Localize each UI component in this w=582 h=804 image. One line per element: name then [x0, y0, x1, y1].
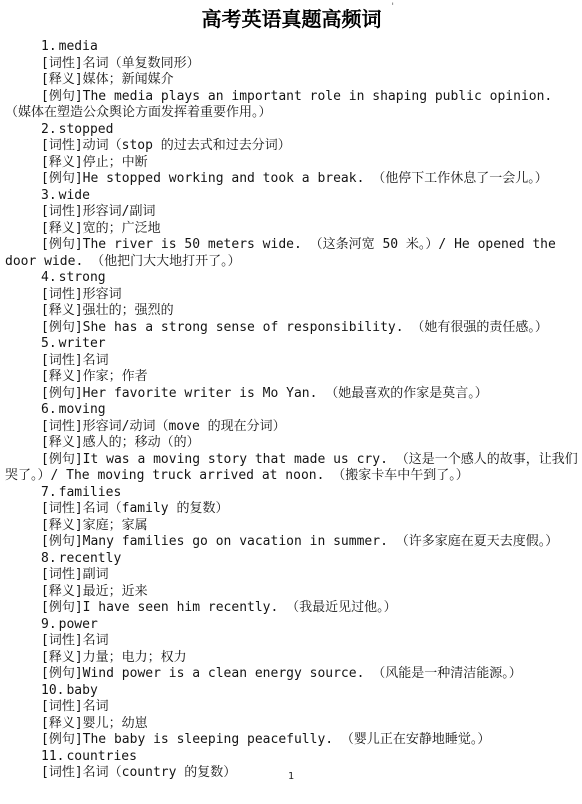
entry-pos-line: [词性]名词	[5, 699, 578, 716]
pos-value: 副词	[83, 567, 109, 582]
entry-pos-line: [词性]名词（family 的复数）	[5, 501, 578, 518]
entry-pos-line: [词性]动词（stop 的过去式和过去分词）	[5, 138, 578, 155]
meaning-value: 媒体；新闻媒介	[83, 72, 174, 87]
example-value: I have seen him recently. （我最近见过他。）	[83, 600, 397, 615]
example-value: Wind power is a clean energy source. （风能…	[83, 666, 522, 681]
pos-label: [词性]	[41, 138, 83, 153]
meaning-value: 最近；近来	[83, 584, 148, 599]
pos-value: 名词（单复数同形）	[83, 56, 200, 71]
entry-pos-line: [词性]名词	[5, 353, 578, 370]
pos-label: [词性]	[41, 56, 83, 71]
entry-number: 2.	[41, 122, 57, 137]
pos-label: [词性]	[41, 204, 83, 219]
entry-word: families	[57, 485, 122, 500]
word-entry-9: 9.power [词性]名词 [释义]力量；电力；权力 [例句]Wind pow…	[5, 617, 578, 683]
entry-pos-line: [词性]名词（单复数同形）	[5, 56, 578, 73]
entry-example-line: [例句]The river is 50 meters wide. （这条河宽 5…	[5, 237, 578, 270]
meaning-value: 强壮的；强烈的	[83, 303, 174, 318]
entry-pos-line: [词性]形容词/动词（move 的现在分词）	[5, 419, 578, 436]
entry-number: 3.	[41, 188, 57, 203]
meaning-value: 感人的；移动（的）	[83, 435, 200, 450]
entry-example-line: [例句]Her favorite writer is Mo Yan. （她最喜欢…	[5, 386, 578, 403]
entry-meaning-line: [释义]强壮的；强烈的	[5, 303, 578, 320]
meaning-label: [释义]	[41, 716, 83, 731]
entry-headword: 3.wide	[5, 188, 578, 205]
pos-label: [词性]	[41, 633, 83, 648]
pos-value: 动词（stop 的过去式和过去分词）	[83, 138, 291, 153]
entry-headword: 8.recently	[5, 551, 578, 568]
entry-number: 9.	[41, 617, 57, 632]
word-entry-3: 3.wide [词性]形容词/副词 [释义]宽的；广泛地 [例句]The riv…	[5, 188, 578, 271]
entry-meaning-line: [释义]婴儿；幼崽	[5, 716, 578, 733]
word-entry-5: 5.writer [词性]名词 [释义]作家；作者 [例句]Her favori…	[5, 336, 578, 402]
pos-label: [词性]	[41, 419, 83, 434]
entry-number: 8.	[41, 551, 57, 566]
entry-headword: 11.countries	[5, 749, 578, 766]
entry-number: 4.	[41, 270, 57, 285]
entry-number: 7.	[41, 485, 57, 500]
entry-example-line: [例句]The baby is sleeping peacefully. （婴儿…	[5, 732, 578, 749]
entry-word: power	[57, 617, 98, 632]
word-entry-10: 10.baby [词性]名词 [释义]婴儿；幼崽 [例句]The baby is…	[5, 683, 578, 749]
entry-meaning-line: [释义]作家；作者	[5, 369, 578, 386]
example-label: [例句]	[41, 171, 83, 186]
entry-word: moving	[57, 402, 106, 417]
document-page: 高考英语真题高频词 ' 1.media [词性]名词（单复数同形） [释义]媒体…	[0, 0, 582, 804]
entry-example-line: [例句]Wind power is a clean energy source.…	[5, 666, 578, 683]
entry-meaning-line: [释义]力量；电力；权力	[5, 650, 578, 667]
example-label: [例句]	[41, 320, 83, 335]
example-label: [例句]	[41, 386, 83, 401]
pos-value: 形容词	[83, 287, 122, 302]
scan-artifact: '	[390, 3, 395, 12]
entry-pos-line: [词性]形容词/副词	[5, 204, 578, 221]
meaning-label: [释义]	[41, 650, 83, 665]
example-value: Her favorite writer is Mo Yan. （她最喜欢的作家是…	[83, 386, 488, 401]
entry-example-line: [例句]It was a moving story that made us c…	[5, 452, 578, 485]
word-entry-7: 7.families [词性]名词（family 的复数） [释义]家庭；家属 …	[5, 485, 578, 551]
word-entry-2: 2.stopped [词性]动词（stop 的过去式和过去分词） [释义]停止；…	[5, 122, 578, 188]
example-value: The river is 50 meters wide. （这条河宽 50 米。…	[5, 237, 556, 269]
entry-word: strong	[57, 270, 106, 285]
entry-headword: 7.families	[5, 485, 578, 502]
entry-number: 1.	[41, 39, 57, 54]
entry-pos-line: [词性]副词	[5, 567, 578, 584]
meaning-value: 停止；中断	[83, 155, 148, 170]
entry-word: countries	[64, 749, 136, 764]
entry-pos-line: [词性]名词	[5, 633, 578, 650]
entry-number: 10.	[41, 683, 64, 698]
entry-meaning-line: [释义]家庭；家属	[5, 518, 578, 535]
meaning-value: 力量；电力；权力	[83, 650, 187, 665]
entry-example-line: [例句]The media plays an important role in…	[5, 89, 578, 122]
entry-number: 6.	[41, 402, 57, 417]
meaning-label: [释义]	[41, 369, 83, 384]
meaning-label: [释义]	[41, 72, 83, 87]
pos-value: 名词	[83, 633, 109, 648]
entry-headword: 9.power	[5, 617, 578, 634]
word-entry-8: 8.recently [词性]副词 [释义]最近；近来 [例句]I have s…	[5, 551, 578, 617]
entry-headword: 6.moving	[5, 402, 578, 419]
pos-label: [词性]	[41, 287, 83, 302]
example-value: Many families go on vacation in summer. …	[83, 534, 559, 549]
example-value: The baby is sleeping peacefully. （婴儿正在安静…	[83, 732, 491, 747]
meaning-value: 婴儿；幼崽	[83, 716, 148, 731]
entry-word: writer	[57, 336, 106, 351]
meaning-value: 家庭；家属	[83, 518, 148, 533]
entry-example-line: [例句]He stopped working and took a break.…	[5, 171, 578, 188]
entry-headword: 4.strong	[5, 270, 578, 287]
meaning-label: [释义]	[41, 584, 83, 599]
pos-label: [词性]	[41, 567, 83, 582]
example-label: [例句]	[41, 534, 83, 549]
example-label: [例句]	[41, 237, 83, 252]
entry-example-line: [例句]I have seen him recently. （我最近见过他。）	[5, 600, 578, 617]
entry-word: wide	[57, 188, 90, 203]
entry-number: 11.	[41, 749, 64, 764]
example-value: She has a strong sense of responsibility…	[83, 320, 548, 335]
entry-word: media	[57, 39, 98, 54]
example-label: [例句]	[41, 600, 83, 615]
pos-value: 名词	[83, 353, 109, 368]
pos-label: [词性]	[41, 501, 83, 516]
meaning-label: [释义]	[41, 221, 83, 236]
example-value: He stopped working and took a break. （他停…	[83, 171, 548, 186]
example-label: [例句]	[41, 452, 83, 467]
meaning-label: [释义]	[41, 435, 83, 450]
entry-word: stopped	[57, 122, 114, 137]
entry-headword: 5.writer	[5, 336, 578, 353]
example-value: The media plays an important role in sha…	[5, 89, 552, 121]
entry-number: 5.	[41, 336, 57, 351]
entry-word: recently	[57, 551, 122, 566]
pos-label: [词性]	[41, 353, 83, 368]
entry-headword: 2.stopped	[5, 122, 578, 139]
entry-example-line: [例句]She has a strong sense of responsibi…	[5, 320, 578, 337]
example-label: [例句]	[41, 732, 83, 747]
pos-value: 形容词/动词（move 的现在分词）	[83, 419, 286, 434]
meaning-label: [释义]	[41, 155, 83, 170]
page-number: 1	[0, 771, 582, 783]
word-entry-4: 4.strong [词性]形容词 [释义]强壮的；强烈的 [例句]She has…	[5, 270, 578, 336]
entry-headword: 10.baby	[5, 683, 578, 700]
entry-meaning-line: [释义]媒体；新闻媒介	[5, 72, 578, 89]
page-title: 高考英语真题高频词	[5, 6, 578, 32]
pos-label: [词性]	[41, 699, 83, 714]
word-entry-6: 6.moving [词性]形容词/动词（move 的现在分词） [释义]感人的；…	[5, 402, 578, 485]
meaning-label: [释义]	[41, 518, 83, 533]
example-label: [例句]	[41, 89, 83, 104]
entry-headword: 1.media	[5, 39, 578, 56]
entry-example-line: [例句]Many families go on vacation in summ…	[5, 534, 578, 551]
example-label: [例句]	[41, 666, 83, 681]
meaning-label: [释义]	[41, 303, 83, 318]
entry-meaning-line: [释义]感人的；移动（的）	[5, 435, 578, 452]
entry-meaning-line: [释义]停止；中断	[5, 155, 578, 172]
pos-value: 名词（family 的复数）	[83, 501, 229, 516]
entry-meaning-line: [释义]最近；近来	[5, 584, 578, 601]
word-entry-1: 1.media [词性]名词（单复数同形） [释义]媒体；新闻媒介 [例句]Th…	[5, 39, 578, 122]
pos-value: 名词	[83, 699, 109, 714]
meaning-value: 作家；作者	[83, 369, 148, 384]
pos-value: 形容词/副词	[83, 204, 156, 219]
entry-meaning-line: [释义]宽的；广泛地	[5, 221, 578, 238]
entry-pos-line: [词性]形容词	[5, 287, 578, 304]
entry-word: baby	[64, 683, 97, 698]
meaning-value: 宽的；广泛地	[83, 221, 161, 236]
example-value: It was a moving story that made us cry. …	[5, 452, 578, 484]
